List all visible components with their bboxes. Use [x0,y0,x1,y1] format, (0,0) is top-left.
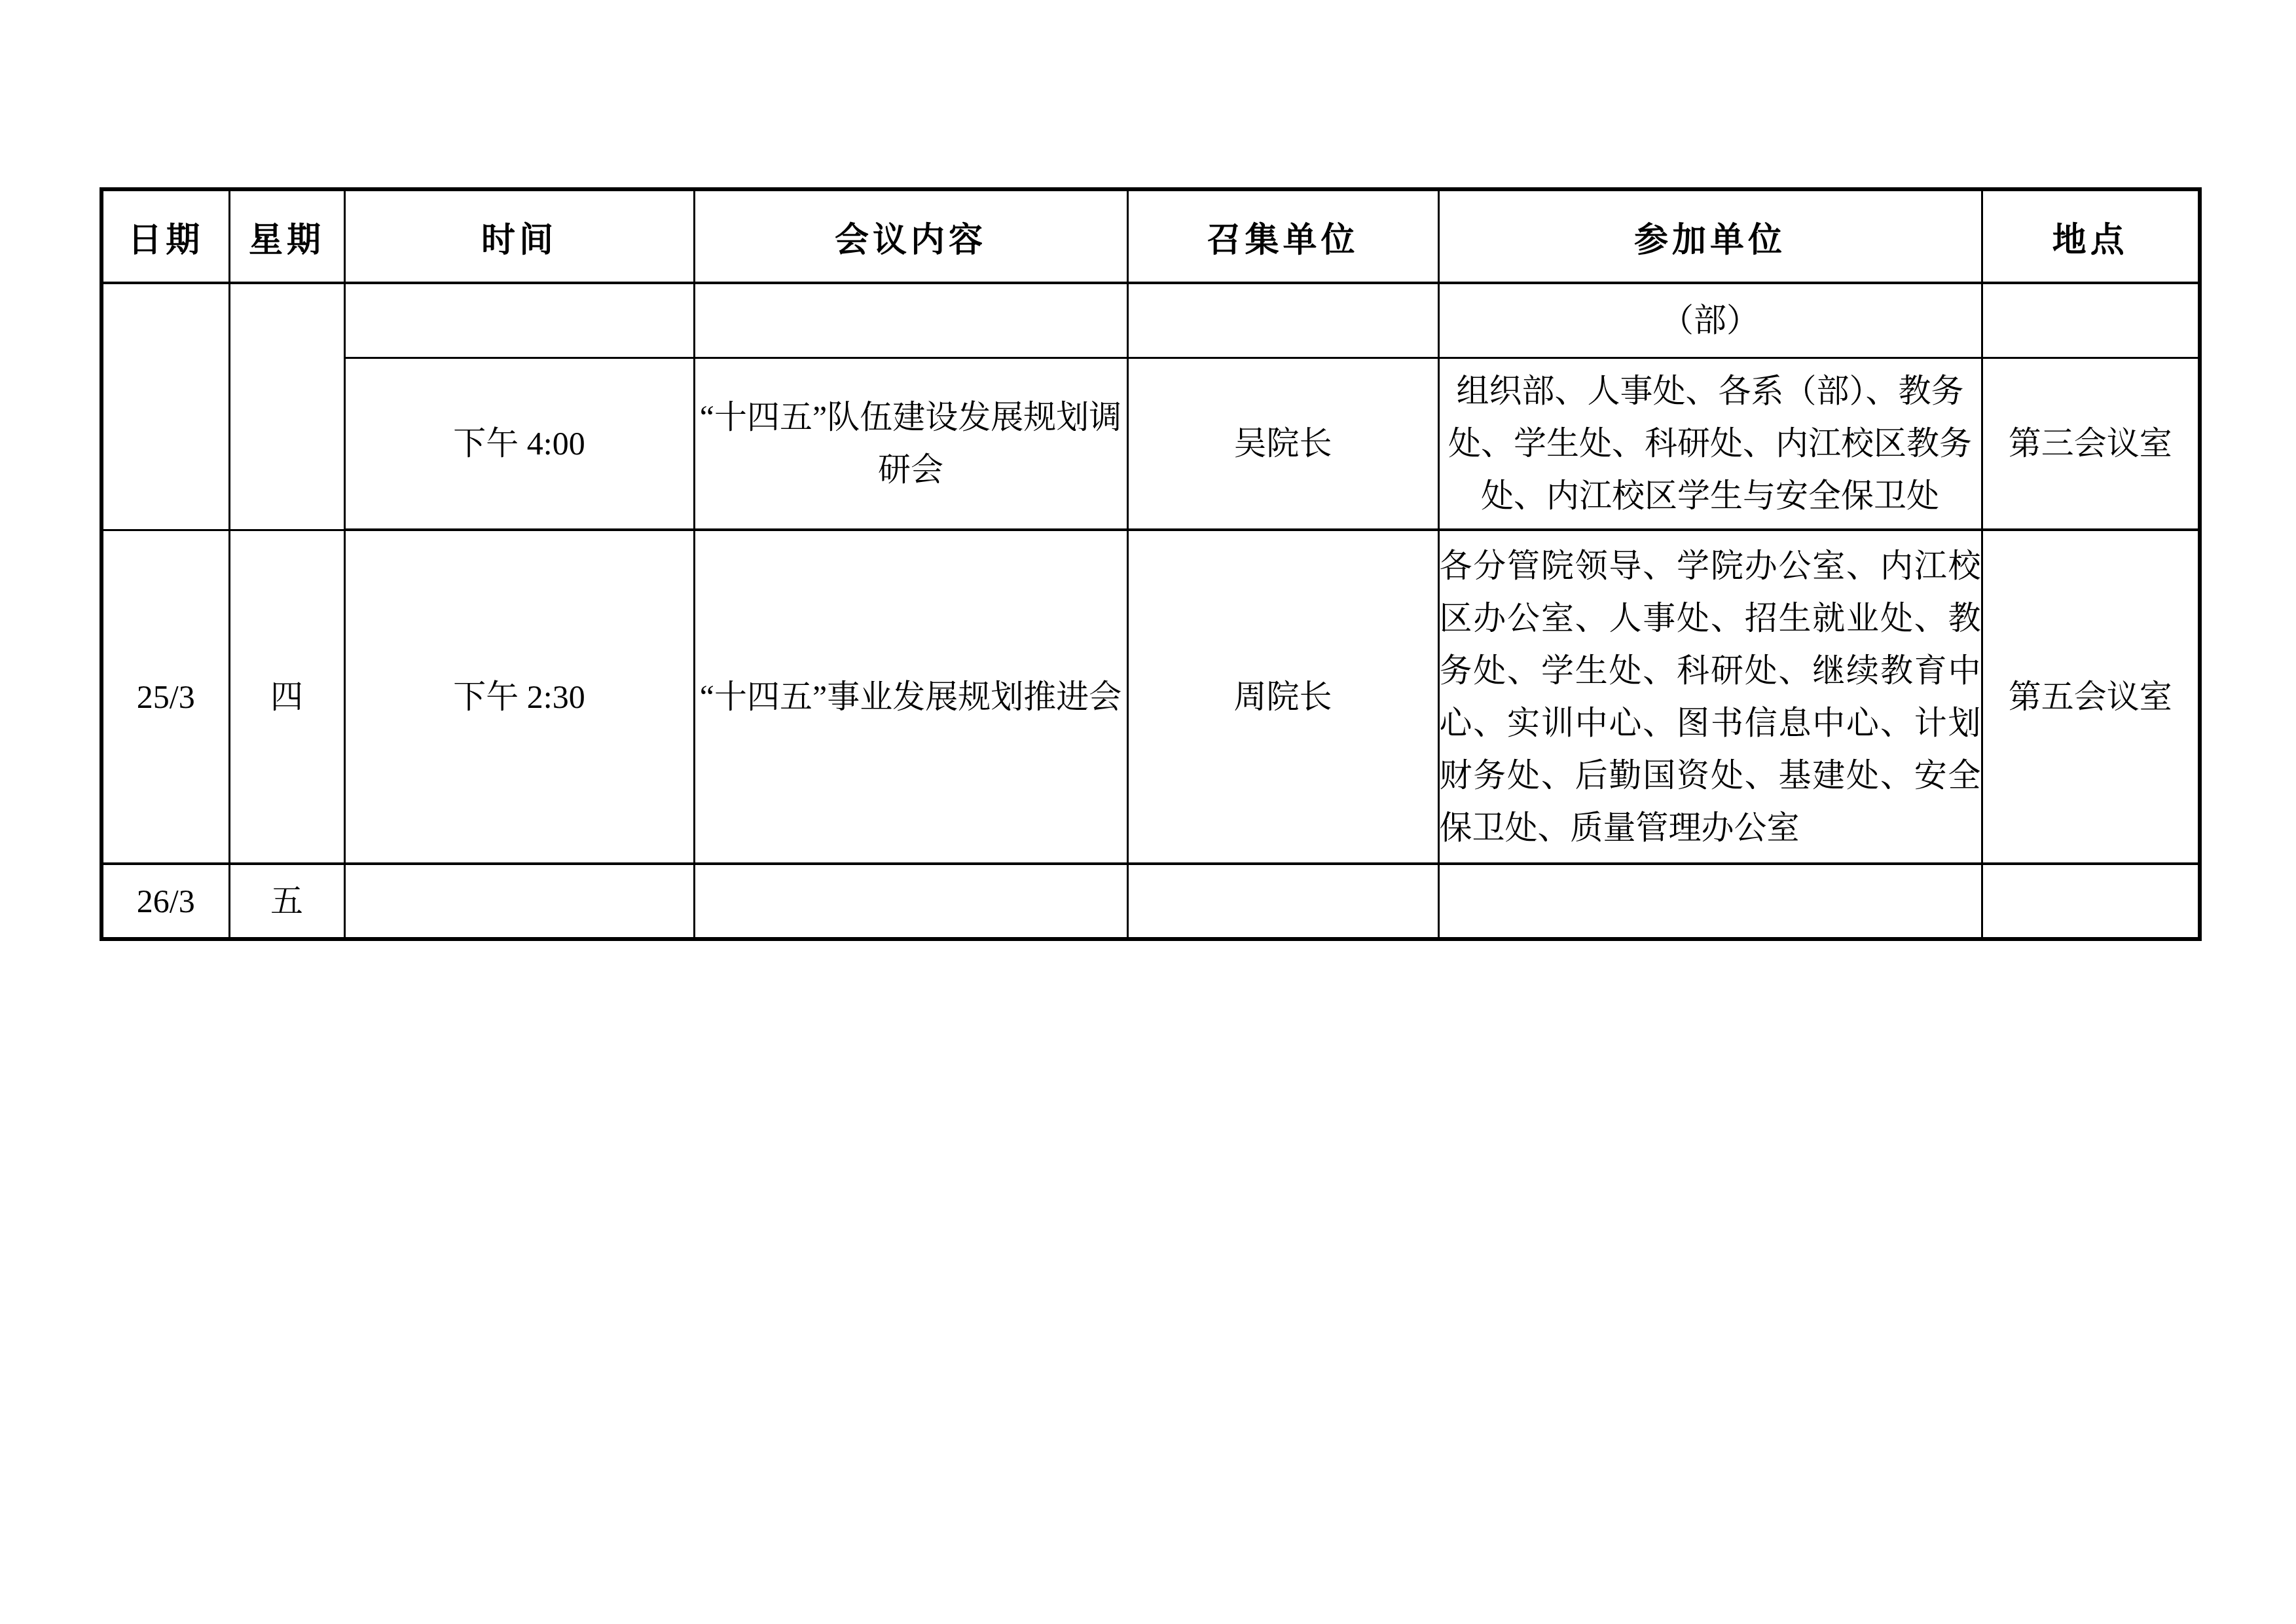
cell-date-zhou: 25/3 [101,530,229,864]
meeting-schedule-table-wrap: 日期 星期 时间 会议内容 召集单位 参加单位 地点 （部） [100,187,2202,941]
header-cell-date: 日期 [101,189,229,283]
cell-content-wu: “十四五”队伍建设发展规划调研会 [694,358,1127,530]
table-header-row: 日期 星期 时间 会议内容 召集单位 参加单位 地点 [101,189,2200,283]
cell-time-empty [344,283,694,358]
cell-convener-last-empty [1127,864,1438,939]
table-row-meeting-zhou: 25/3 四 下午 2:30 “十四五”事业发展规划推进会 周院长 各分管院领导… [101,530,2200,864]
cell-participants-zhou: 各分管院领导、学院办公室、内江校区办公室、人事处、招生就业处、教务处、学生处、科… [1438,530,1982,864]
header-cell-participants: 参加单位 [1438,189,1982,283]
header-cell-content: 会议内容 [694,189,1127,283]
cell-participants-carryover: （部） [1438,283,1982,358]
header-cell-location: 地点 [1982,189,2200,283]
cell-date-last: 26/3 [101,864,229,939]
cell-participants-wu: 组织部、人事处、各系（部）、教务处、学生处、科研处、内江校区教务处、内江校区学生… [1438,358,1982,530]
cell-location-wu: 第三会议室 [1982,358,2200,530]
cell-weekday-merged-empty [229,283,344,530]
meeting-schedule-table: 日期 星期 时间 会议内容 召集单位 参加单位 地点 （部） [100,187,2202,941]
cell-time-zhou: 下午 2:30 [344,530,694,864]
cell-content-zhou: “十四五”事业发展规划推进会 [694,530,1127,864]
cell-weekday-zhou: 四 [229,530,344,864]
table-row-carryover: （部） [101,283,2200,358]
cell-location-empty [1982,283,2200,358]
cell-time-wu: 下午 4:00 [344,358,694,530]
cell-convener-empty [1127,283,1438,358]
cell-content-last-empty [694,864,1127,939]
cell-date-merged-empty [101,283,229,530]
cell-location-last-empty [1982,864,2200,939]
header-cell-time: 时间 [344,189,694,283]
table-row-last: 26/3 五 [101,864,2200,939]
cell-convener-zhou: 周院长 [1127,530,1438,864]
table-row-meeting-wu: 下午 4:00 “十四五”队伍建设发展规划调研会 吴院长 组织部、人事处、各系（… [101,358,2200,530]
cell-convener-wu: 吴院长 [1127,358,1438,530]
cell-content-empty [694,283,1127,358]
cell-weekday-last: 五 [229,864,344,939]
cell-participants-last-empty [1438,864,1982,939]
header-cell-convener: 召集单位 [1127,189,1438,283]
cell-location-zhou: 第五会议室 [1982,530,2200,864]
header-cell-weekday: 星期 [229,189,344,283]
cell-time-last-empty [344,864,694,939]
document-page: 日期 星期 时间 会议内容 召集单位 参加单位 地点 （部） [0,0,2296,1624]
